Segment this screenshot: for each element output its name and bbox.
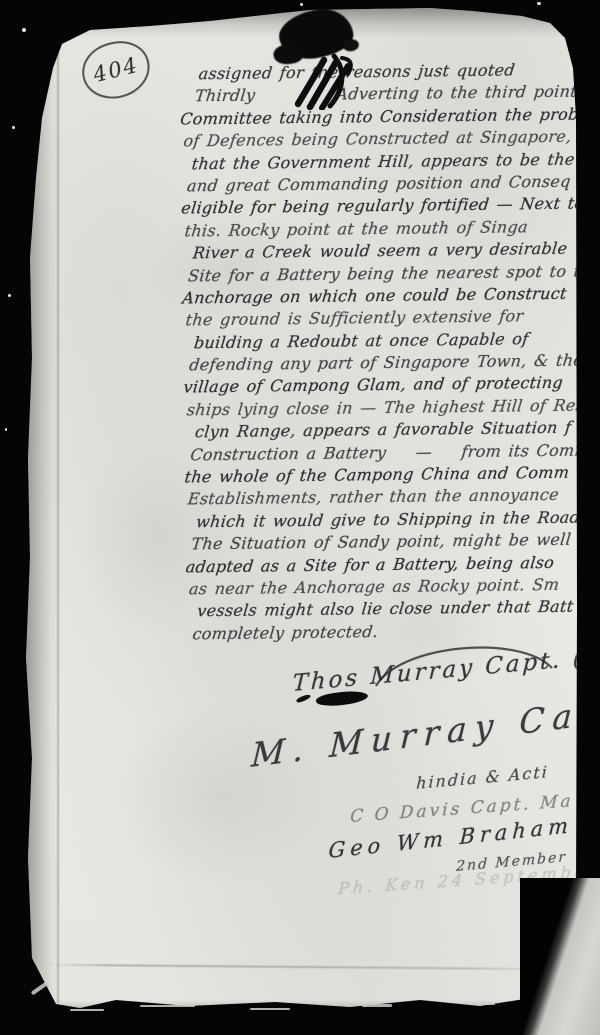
horizontal-crease bbox=[45, 964, 565, 971]
dust-speck bbox=[537, 2, 541, 5]
torn-edge-highlight bbox=[70, 1009, 104, 1011]
dust-speck bbox=[5, 428, 7, 431]
dust-speck bbox=[22, 28, 26, 32]
vertical-crease bbox=[57, 28, 59, 1003]
torn-edge-highlight bbox=[470, 1002, 495, 1005]
dust-speck bbox=[300, 3, 303, 6]
page-left-edge-shadow bbox=[20, 8, 60, 1014]
page-bottom-edge-shadow bbox=[20, 1000, 582, 1014]
torn-edge-highlight bbox=[31, 981, 50, 996]
torn-edge-highlight bbox=[140, 1005, 195, 1007]
torn-edge-highlight bbox=[362, 1004, 392, 1007]
page-number-stamp: 404 bbox=[76, 35, 156, 106]
manuscript-page: 404 assigned for the reasons just quoted… bbox=[20, 8, 582, 1014]
dust-speck bbox=[12, 126, 15, 129]
page-number: 404 bbox=[91, 53, 142, 87]
signature-2-title: hindia & Acti bbox=[416, 762, 550, 793]
ink-scribble bbox=[290, 52, 360, 110]
dust-speck bbox=[8, 294, 11, 297]
torn-edge-highlight bbox=[250, 1008, 290, 1010]
scanned-document: 404 assigned for the reasons just quoted… bbox=[0, 0, 600, 1035]
adjacent-page-edge bbox=[520, 878, 600, 1035]
manuscript-body: assigned for the reasons just quoted Thi… bbox=[164, 59, 600, 646]
